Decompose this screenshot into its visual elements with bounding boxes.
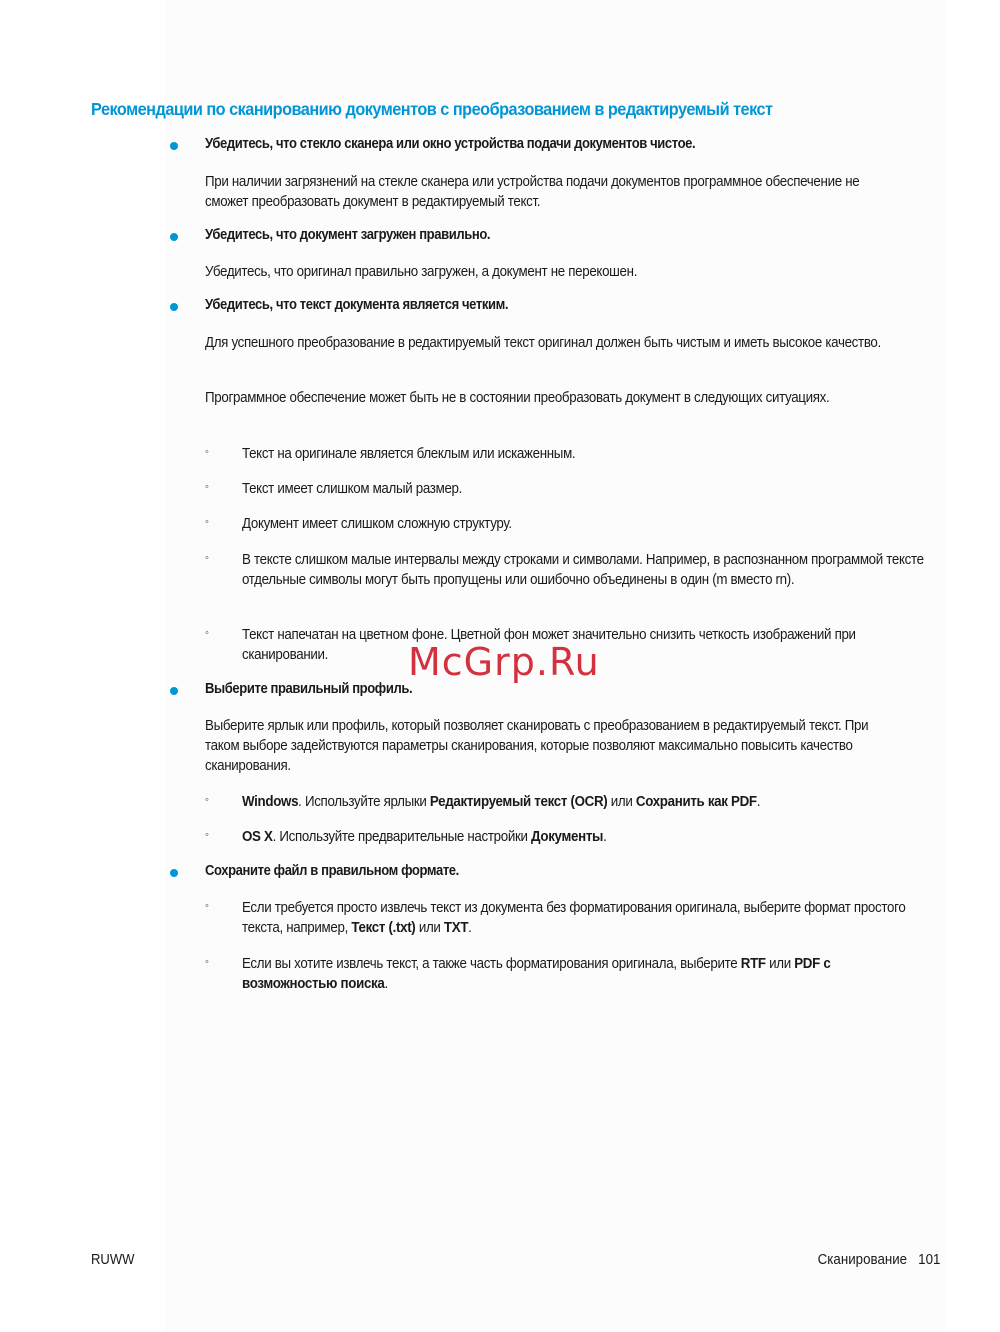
- section-4-title: Выберите правильный профиль.: [205, 681, 412, 697]
- section-5-title: Сохраните файл в правильном формате.: [205, 863, 459, 879]
- watermark: McGrp.Ru: [408, 640, 600, 684]
- bullet-icon: [170, 233, 178, 241]
- list-item-txt: Если требуется просто извлечь текст из д…: [242, 898, 927, 938]
- sub-bullet-icon: ◦: [205, 829, 209, 841]
- bullet-icon: [170, 687, 178, 695]
- sub-bullet-icon: ◦: [205, 627, 209, 639]
- footer-right: Сканирование101: [817, 1252, 940, 1268]
- bold-term: Windows: [242, 794, 298, 810]
- bold-term: Текст (.txt): [351, 920, 415, 936]
- bullet-icon: [170, 869, 178, 877]
- sub-bullet-icon: ◦: [205, 794, 209, 806]
- section-4-paragraph: Выберите ярлык или профиль, который позв…: [205, 716, 904, 776]
- list-item-osx: OS X. Используйте предварительные настро…: [242, 827, 927, 847]
- bullet-icon: [170, 142, 178, 150]
- footer-section-name: Сканирование: [817, 1252, 906, 1268]
- list-item: Текст на оригинале является блеклым или …: [242, 444, 927, 464]
- section-3-title: Убедитесь, что текст документа является …: [205, 297, 508, 313]
- section-1-title: Убедитесь, что стекло сканера или окно у…: [205, 136, 695, 152]
- sub-bullet-icon: ◦: [205, 900, 209, 912]
- bold-term: Сохранить как PDF: [636, 794, 757, 810]
- list-item-windows: Windows. Используйте ярлыки Редактируемы…: [242, 792, 927, 812]
- list-item: Документ имеет слишком сложную структуру…: [242, 514, 927, 534]
- list-item: В тексте слишком малые интервалы между с…: [242, 550, 927, 590]
- bullet-icon: [170, 303, 178, 311]
- bold-term: RTF: [741, 956, 766, 972]
- list-item-rtf: Если вы хотите извлечь текст, а также ча…: [242, 954, 927, 994]
- section-2-title: Убедитесь, что документ загружен правиль…: [205, 227, 490, 243]
- bold-term: OS X: [242, 829, 273, 845]
- sub-bullet-icon: ◦: [205, 446, 209, 458]
- sub-bullet-icon: ◦: [205, 516, 209, 528]
- page-number: 101: [918, 1252, 940, 1268]
- footer-left-label: RUWW: [91, 1252, 134, 1268]
- sub-bullet-icon: ◦: [205, 552, 209, 564]
- bold-term: Документы: [531, 829, 603, 845]
- section-3-paragraph-1: Для успешного преобразование в редактиру…: [205, 333, 904, 353]
- bold-term: TXT: [444, 920, 468, 936]
- page-heading: Рекомендации по сканированию документов …: [91, 99, 773, 120]
- section-3-paragraph-2: Программное обеспечение может быть не в …: [205, 388, 904, 408]
- sub-bullet-icon: ◦: [205, 481, 209, 493]
- section-2-paragraph: Убедитесь, что оригинал правильно загруж…: [205, 262, 904, 282]
- list-item: Текст имеет слишком малый размер.: [242, 479, 927, 499]
- sub-bullet-icon: ◦: [205, 956, 209, 968]
- bold-term: Редактируемый текст (OCR): [430, 794, 608, 810]
- section-1-paragraph: При наличии загрязнений на стекле сканер…: [205, 172, 904, 212]
